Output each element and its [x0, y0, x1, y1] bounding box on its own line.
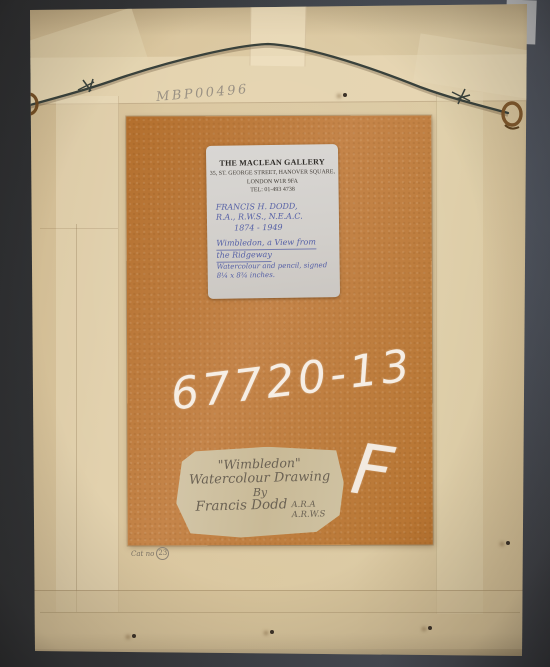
- hanging-ring-right-tail: [505, 125, 519, 129]
- tape-strip-left: [56, 96, 119, 612]
- crease-line-vertical: [76, 224, 77, 612]
- hanging-ring-right: [503, 103, 521, 125]
- catalogue-note-number: 23: [156, 547, 169, 560]
- hanging-hook-left: [12, 108, 24, 120]
- torn-title-label: "Wimbledon" Watercolour Drawing By Franc…: [175, 445, 345, 539]
- handwritten-title-line2: the Ridgeway: [216, 250, 272, 263]
- torn-label-honour2: A.R.W.S: [292, 509, 326, 520]
- frame-pin: [270, 630, 274, 634]
- torn-label-artist: Francis Dodd: [195, 498, 287, 514]
- catalogue-note-text: Cat no: [131, 550, 154, 558]
- catalogue-note: Cat no 23: [131, 547, 169, 560]
- frame-pin: [343, 93, 347, 97]
- tape-strip-bottom: [32, 590, 524, 649]
- gallery-telephone: TEL: 01-493 4738: [207, 186, 339, 194]
- photo-backdrop: { "inscriptions": { "pencil_code": "MBP0…: [0, 0, 550, 667]
- frame-pin: [428, 626, 432, 630]
- handwritten-size: 8¼ x 8¾ inches.: [217, 270, 331, 281]
- gallery-name: THE MACLEAN GALLERY: [206, 157, 338, 168]
- frame-pin: [132, 634, 136, 638]
- handwritten-title-line1: Wimbledon, a View from: [216, 238, 316, 251]
- frame-pin: [506, 541, 510, 545]
- frame-back: MBP00496 THE MACLEAN GALLERY 35, ST. GEO…: [0, 0, 550, 667]
- crease-line-left: [40, 228, 118, 229]
- gallery-label: THE MACLEAN GALLERY 35, ST. GEORGE STREE…: [206, 144, 340, 299]
- tape-tab-top-center: [249, 0, 306, 66]
- gallery-handwritten-notes: FRANCIS H. DODD, R.A., R.W.S., N.E.A.C. …: [207, 201, 340, 281]
- crease-line-bottom: [40, 612, 520, 613]
